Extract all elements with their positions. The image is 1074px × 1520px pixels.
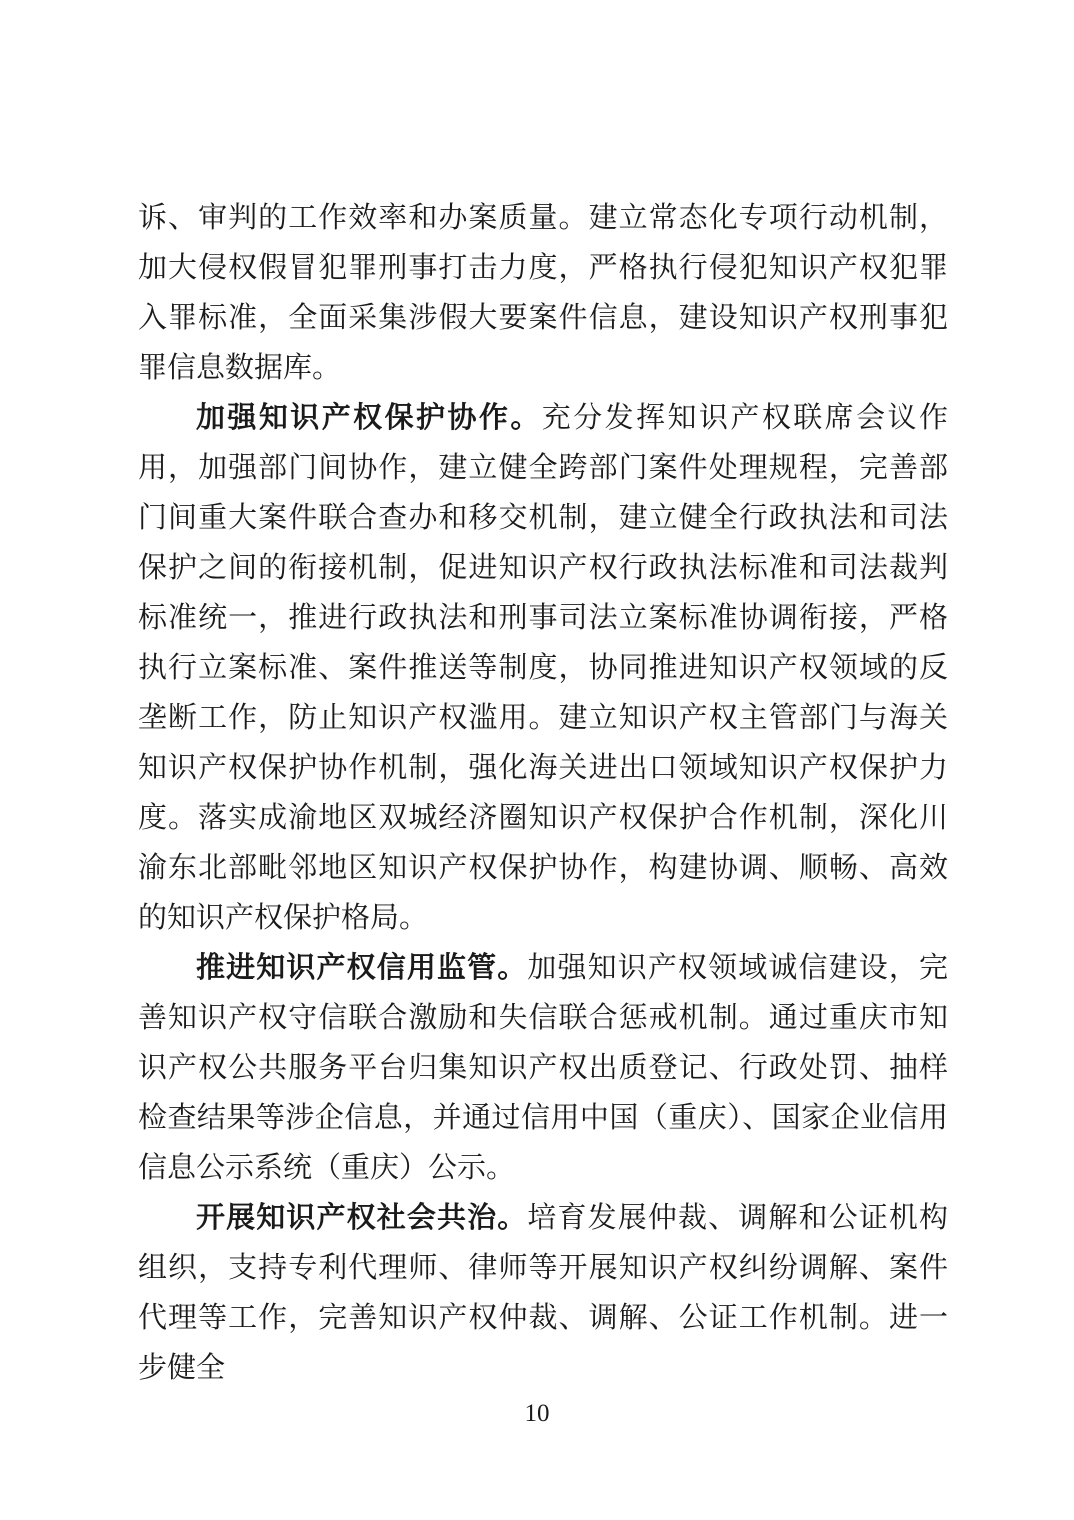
page-number: 10 bbox=[0, 1398, 1074, 1430]
paragraph: 诉、审判的工作效率和办案质量。建立常态化专项行动机制，加大侵权假冒犯罪刑事打击力… bbox=[138, 193, 948, 393]
paragraph-lead: 加强知识产权保护协作。 bbox=[196, 402, 542, 434]
paragraph: 开展知识产权社会共治。培育发展仲裁、调解和公证机构组织，支持专利代理师、律师等开… bbox=[138, 1193, 948, 1393]
paragraph-text: 诉、审判的工作效率和办案质量。建立常态化专项行动机制，加大侵权假冒犯罪刑事打击力… bbox=[138, 202, 948, 384]
paragraph: 推进知识产权信用监管。加强知识产权领域诚信建设，完善知识产权守信联合激励和失信联… bbox=[138, 943, 948, 1193]
paragraph-text: 加强知识产权领域诚信建设，完善知识产权守信联合激励和失信联合惩戒机制。通过重庆市… bbox=[138, 952, 948, 1184]
paragraph-text: 充分发挥知识产权联席会议作用，加强部门间协作，建立健全跨部门案件处理规程，完善部… bbox=[138, 402, 948, 934]
paragraph: 加强知识产权保护协作。充分发挥知识产权联席会议作用，加强部门间协作，建立健全跨部… bbox=[138, 393, 948, 943]
paragraph-lead: 推进知识产权信用监管。 bbox=[196, 952, 527, 984]
document-page: 诉、审判的工作效率和办案质量。建立常态化专项行动机制，加大侵权假冒犯罪刑事打击力… bbox=[0, 0, 1074, 1520]
document-body: 诉、审判的工作效率和办案质量。建立常态化专项行动机制，加大侵权假冒犯罪刑事打击力… bbox=[138, 193, 948, 1393]
paragraph-lead: 开展知识产权社会共治。 bbox=[196, 1202, 527, 1234]
